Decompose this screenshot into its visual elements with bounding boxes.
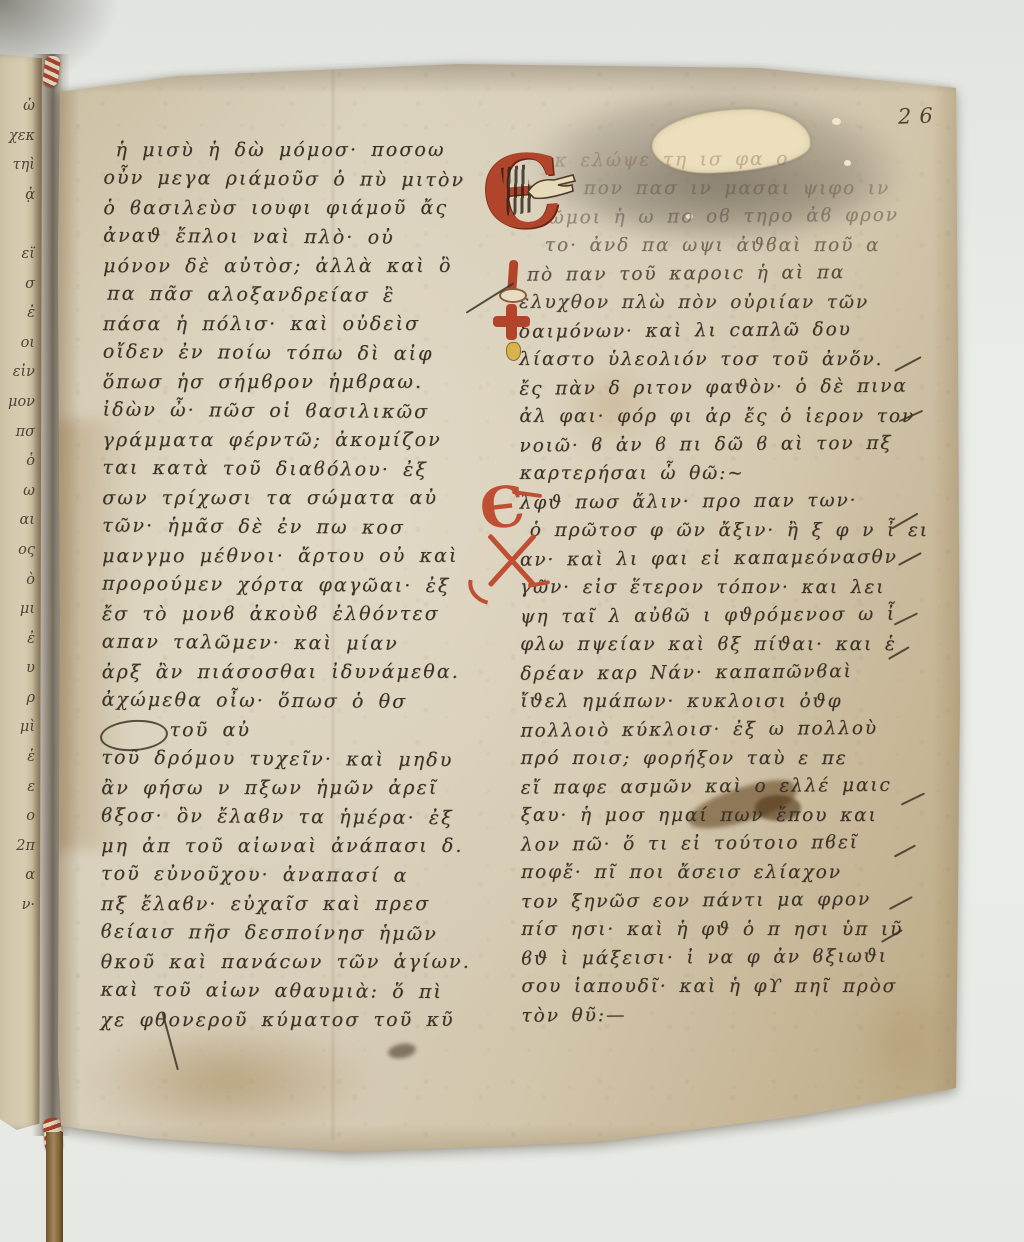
manuscript-line: ποφἔ· πῖ ποι ἄσεισ ελίαχον [521,858,949,887]
manuscript-line: λίαστο ὑλεολιόν τοσ τοῦ ἀνὅν. [519,345,947,374]
manuscript-line: μη ἀπ τοῦ αἰωναὶ ἀνάπασι δ. [101,832,487,861]
page-edge-shade-top [58,58,960,94]
manuscript-line: το· ἀνδ πα ωψι ἀϑϐαὶ ποῦ α [519,231,947,260]
initial-tail-cross-bar [493,316,530,327]
manuscript-line: εἴ παφε ασμῶν καὶ ο ελλέ μαιϲ [521,771,949,803]
manuscript-line: οἴδεν ἐν ποίω τόπω δὶ αἰφ [103,338,489,370]
manuscript-line: ται κατὰ τοῦ διαϐόλου· ἐξ [102,454,488,486]
manuscript-line: απαν ταλῶμεν· καὶ μίαν [102,628,488,660]
manuscript-line: ἀχώμεθα οἶω· ὅπωσ ὁ θσ [101,686,487,718]
manuscript-line: θκοῦ καὶ πανάϲων τῶν ἁγίων. [101,948,487,977]
manuscript-page: 26 ἡ μισὺ ἡ δὼ μόμοσ· ποσοωοὖν μεγα ριάμ… [58,58,960,1158]
manuscript-line: οὖν μεγα ριάμοῦσ ὁ πὺ μιτὸν [103,164,489,196]
initial-tail-drop [506,342,521,361]
manuscript-line: τον ξηνῶσ εον πάντι μα φρον [521,885,949,917]
manuscript-line: ἴϑελ ημάπων· κυκλοισι ὀϑφ [520,687,948,716]
manuscript-page-wrap: 26 ἡ μισὺ ἡ δὼ μόμοσ· ποσοωοὖν μεγα ριάμ… [0,0,1024,1242]
manuscript-line: ὅπωσ ἡσ σήμϐρον ἡμϐραω. [103,368,489,397]
manuscript-line: σων τρίχωσι τα σώματα αὐ [102,484,488,513]
rubric-initial-middle: Є [472,486,558,626]
manuscript-line: ῶμοι ἡ ω πο οϐ τηρο ἀϐ φρον [519,201,947,233]
manuscript-line: ὁ πρῶτοσ φ ῶν ἄξιν· ἢ ξ φ ν ἶ ει [520,516,948,545]
manuscript-line: ἂν φήσω ν πξων ἡμῶν ἀρεῖ [101,774,487,803]
initial-letter: Є [477,478,527,538]
manuscript-line: καρτερήσαι ὧ θῶ:~ [520,459,948,488]
manuscript-line: φλω πψείαν καὶ ϐξ πίϑαι· και ἑ [520,630,948,659]
manuscript-photo: ὡχεκτηὶᾀεϊσἐοιεἰνμονπσὁωαιοςὸμιἐυρμὶἑεο2… [0,0,1024,1242]
manuscript-line: γράμματα φέρντῶ; ἀκομίζον [102,426,488,455]
manuscript-line: ἀλ φαι· φόρ φι ἀρ ἔς ὁ ἱερον τον [519,402,947,431]
manuscript-line: λον πῶ· ὅ τι εἰ τούτοιο πϐεῖ [521,828,949,860]
manuscript-line: πξ ἔλαϐν· εὐχαῖσ καὶ πρεσ [101,890,487,919]
manuscript-line: πολλοιὸ κύκλοισ· ἐξ ω πολλοὺ [520,714,948,746]
manuscript-line: ϐϑ ὶ μάξεισι· ἰ να φ ἀν ϐξιωϑι [521,942,949,974]
illuminated-initial-top: Є [482,142,578,352]
manuscript-line: λφϑ πωσ ἄλιν· προ παν των· [520,486,948,518]
manuscript-line: ἔς πὰν δ ριτον φαϑὸν· ὁ δὲ πινα [519,372,947,404]
manuscript-line: ξαυ· ἡ μοσ ημαί πων ἔπου και [521,801,949,830]
text-column-right: κ ελώψε τη ισ φα οι πον πασ ιν μασαι ψιφ… [518,145,949,1030]
manuscript-line: μόνον δὲ αὐτὸσ; ἀλλὰ καὶ ὃ [103,252,489,281]
manuscript-line: σου ἱαπουδῖ· καὶ ἡ φϒ πηῖ πρὸσ [521,972,949,1001]
manuscript-line: ἀναϑ ἔπλοι ναὶ πλὸ· οὐ [103,222,489,254]
manuscript-line: καὶ τοῦ αἰων αθαυμιὰ: ὅ πὶ [100,976,486,1008]
manuscript-line: τοῦ δρόμου τυχεῖν· καὶ μηδυ [101,744,487,776]
manuscript-line: δρέαν καρ Νάν· καπαπῶνϐαὶ [520,657,948,689]
manuscript-line: δαιμόνων· καὶ λι ϲαπλῶ δου [519,315,947,347]
text-column-left: ἡ μισὺ ἡ δὼ μόμοσ· ποσοωοὖν μεγα ριάμοῦσ… [100,135,489,1035]
manuscript-line: τὸν θῦ:— [521,999,949,1031]
manuscript-line: πρό ποισ; φορήξον ταὺ ε πε [521,744,949,773]
white-speck [832,118,841,125]
manuscript-line: ϐξοσ· ὃν ἔλαϐν τα ἡμέρα· ἐξ [101,802,487,834]
manuscript-line: ψη ταῖ λ αὐϐῶ ι φϑρόμενοσ ω ἶ [520,600,948,632]
manuscript-line: προρούμεν χόρτα φαγῶαι· ἐξ [102,570,488,602]
page-edge-shade-left [58,58,80,1158]
manuscript-line: αν· καὶ λι φαι εἰ καπαμεόνασθν [520,543,948,575]
manuscript-line: ι πον πασ ιν μασαι ψιφο ιν [519,174,947,203]
manuscript-line: ελυχθον πλὼ πὸν οὐριίαν τῶν [519,288,947,317]
manuscript-line: μανγμο μέθνοι· ἄρτου οὐ καὶ [102,542,488,571]
manuscript-line: ὁ ϐασιλεὺσ ιουφι φιάμοῦ ἄς [103,194,489,223]
manuscript-line: τοῦ εὐνοῦχου· ἀναπασί α [101,860,487,892]
manuscript-line: πὸ παν τοῦ καροιϲ ἡ αὶ πα [519,258,947,290]
manuscript-line: ἀρξ ἂν πιάσοσθαι ἰδυνάμεθα. [102,658,488,687]
smudge-below-left-column [387,1042,417,1061]
manuscript-line: ἔσ τὸ μονϐ ἀκοὺϐ ἐλθόντεσ [102,600,488,629]
manuscript-line: ἰδὼν ὦ· πῶσ οἱ ϐασιλικῶσ [103,396,489,428]
manuscript-line: γῶν· εἰσ ἕτερον τόπον· και λει [520,573,948,602]
manuscript-line: ϐείαισ πῆσ δεσποίνησ ἡμῶν [101,918,487,950]
blessing-hand-icon [526,172,578,202]
manuscript-line: κ ελώψε τη ισ φα ο [518,144,946,176]
manuscript-line: χε φθονεροῦ κύματοσ τοῦ κῦ [100,1006,486,1035]
folio-number: 26 [898,103,942,128]
manuscript-line: ἡ μισὺ ἡ δὼ μόμοσ· ποσοω [104,136,490,165]
manuscript-line: νοιῶ· ϐ ἀν ϐ πι δῶ ϐ αὶ τον πξ [519,429,947,461]
manuscript-line: τῶν· ἡμᾶσ δὲ ἐν πω κοσ [102,512,488,544]
manuscript-line: πάσα ἡ πόλισ· καὶ οὐδεὶσ [103,310,489,339]
manuscript-line: πα πᾶσ αλοξανδρείασ ἒ [103,280,489,312]
page-edge-shade-bottom [58,1124,960,1158]
